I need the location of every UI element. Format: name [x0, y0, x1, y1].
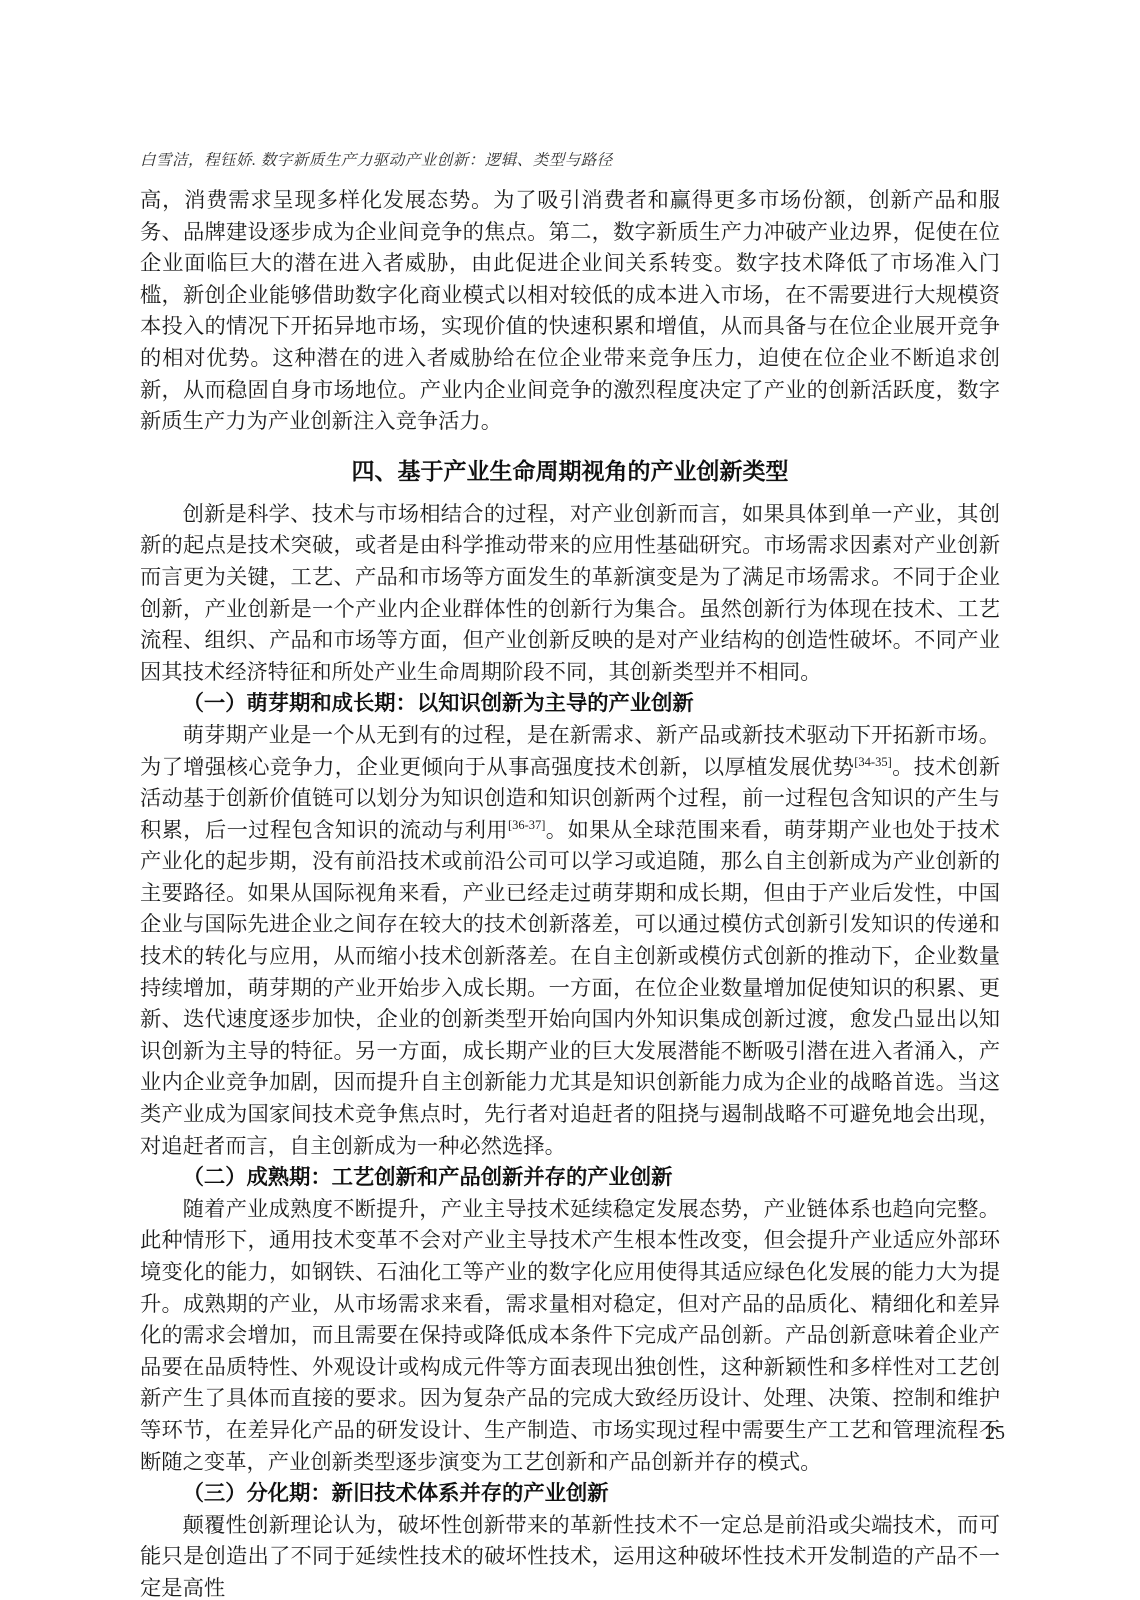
- section-heading: 四、基于产业生命周期视角的产业创新类型: [140, 453, 1000, 486]
- paragraph-text: 。如果从全球范围来看，萌芽期产业也处于技术产业化的起步期，没有前沿技术或前沿公司…: [140, 818, 1000, 1158]
- paragraph: 颠覆性创新理论认为，破坏性创新带来的革新性技术不一定总是前沿或尖端技术，而可能只…: [140, 1510, 1000, 1600]
- subsection-heading-2: （二）成熟期：工艺创新和产品创新并存的产业创新: [140, 1162, 1000, 1194]
- document-page: 白雪洁，程钰娇. 数字新质生产力驱动产业创新：逻辑、类型与路径 高，消费需求呈现…: [0, 0, 1140, 1600]
- paragraph-text: 萌芽期产业是一个从无到有的过程，是在新需求、新产品或新技术驱动下开拓新市场。为了…: [140, 723, 1000, 779]
- subsection-heading-1: （一）萌芽期和成长期：以知识创新为主导的产业创新: [140, 688, 1000, 720]
- subsection-heading-3: （三）分化期：新旧技术体系并存的产业创新: [140, 1478, 1000, 1510]
- paragraph: 创新是科学、技术与市场相结合的过程，对产业创新而言，如果具体到单一产业，其创新的…: [140, 499, 1000, 689]
- running-header: 白雪洁，程钰娇. 数字新质生产力驱动产业创新：逻辑、类型与路径: [140, 150, 1000, 172]
- paragraph-continuation: 高，消费需求呈现多样化发展态势。为了吸引消费者和赢得更多市场份额，创新产品和服务…: [140, 185, 1000, 438]
- citation-ref: [36-37]: [508, 818, 546, 832]
- citation-ref: [34-35]: [854, 755, 892, 769]
- paragraph: 随着产业成熟度不断提升，产业主导技术延续稳定发展态势，产业链体系也趋向完整。此种…: [140, 1194, 1000, 1478]
- page-number: 25: [985, 1422, 1005, 1445]
- paragraph: 萌芽期产业是一个从无到有的过程，是在新需求、新产品或新技术驱动下开拓新市场。为了…: [140, 720, 1000, 1162]
- text-column: 白雪洁，程钰娇. 数字新质生产力驱动产业创新：逻辑、类型与路径 高，消费需求呈现…: [140, 150, 1000, 1600]
